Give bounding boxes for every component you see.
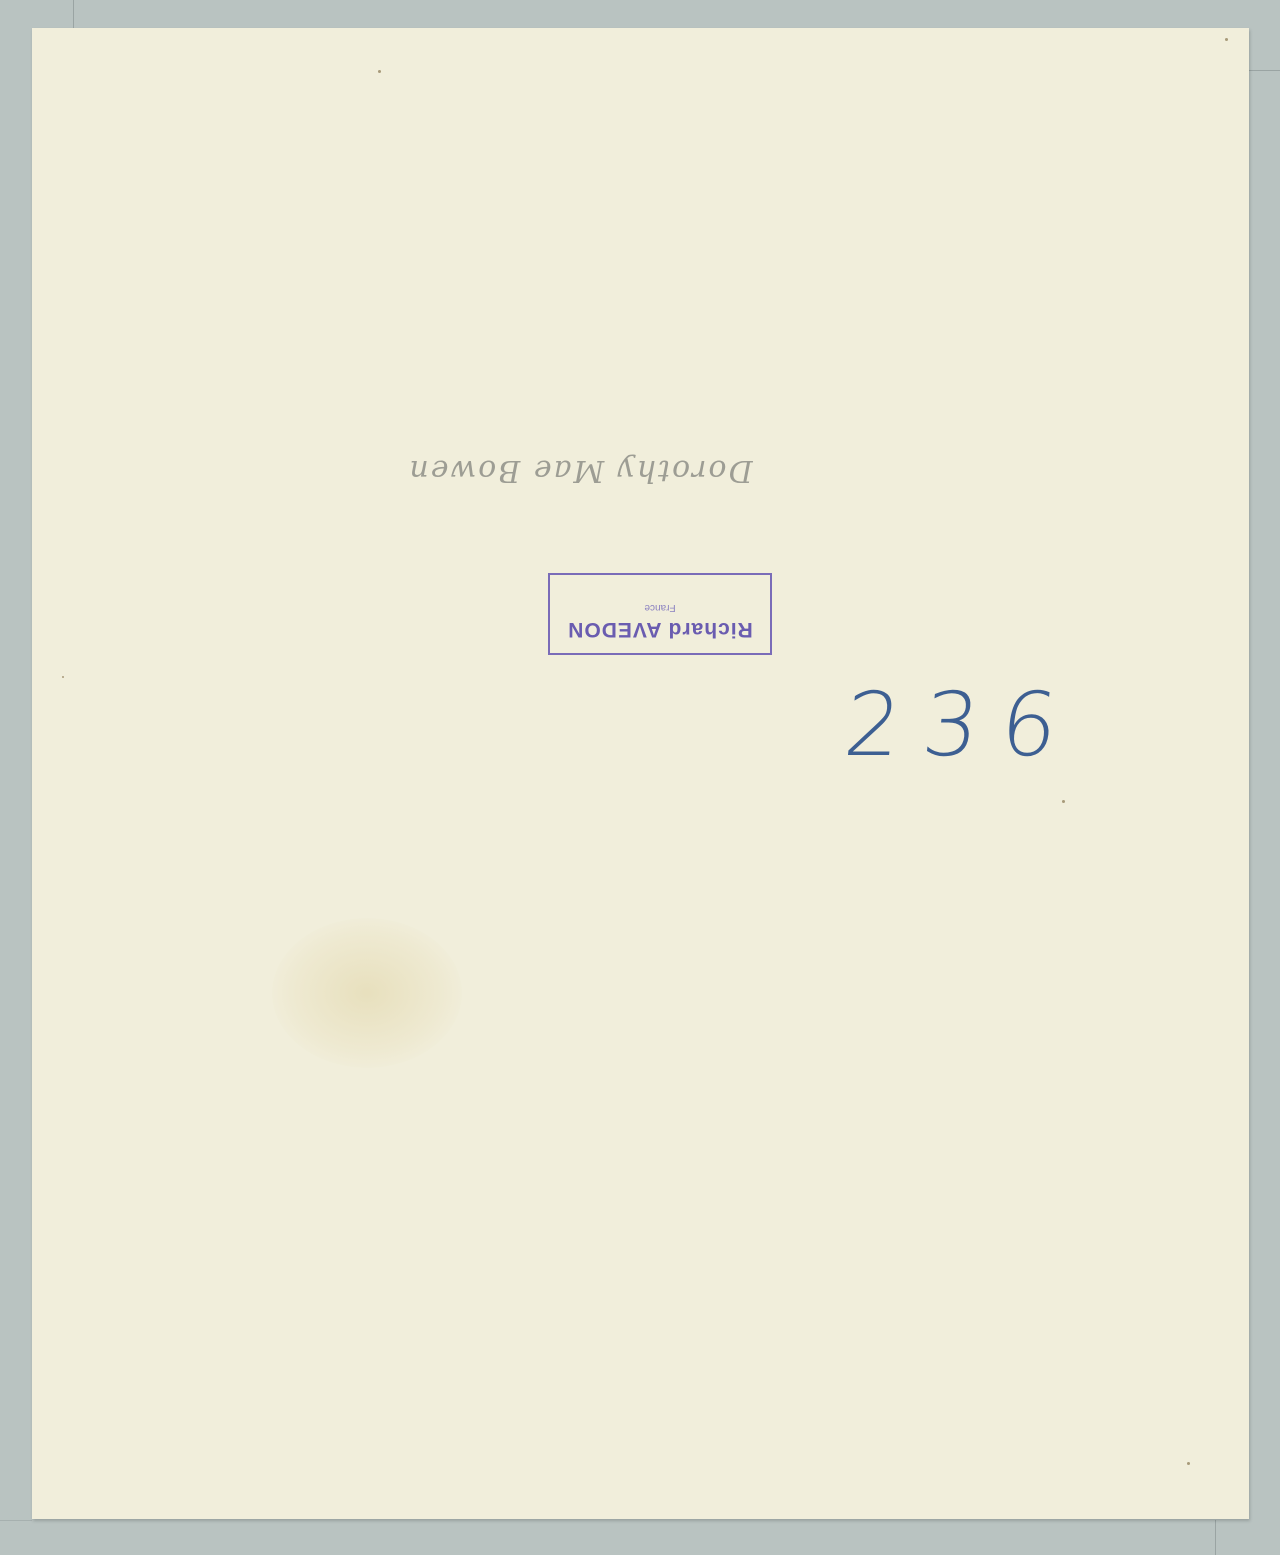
mount-line	[0, 1520, 32, 1521]
speck	[378, 70, 381, 73]
photographer-stamp: Richard AVEDON France	[548, 573, 772, 655]
mount-line	[73, 0, 74, 30]
speck	[1062, 800, 1065, 803]
speck	[1187, 1462, 1190, 1465]
speck	[1225, 38, 1228, 41]
foxing-stain	[272, 918, 462, 1068]
mount-line	[1248, 70, 1280, 71]
handwritten-number: 236	[840, 675, 1131, 775]
stamp-name: Richard AVEDON	[550, 617, 770, 641]
stamp-country: France	[550, 602, 770, 613]
mount-line	[1215, 1520, 1216, 1555]
speck	[62, 676, 64, 678]
pencil-inscription: Dorothy Mae Bowen	[365, 440, 795, 500]
